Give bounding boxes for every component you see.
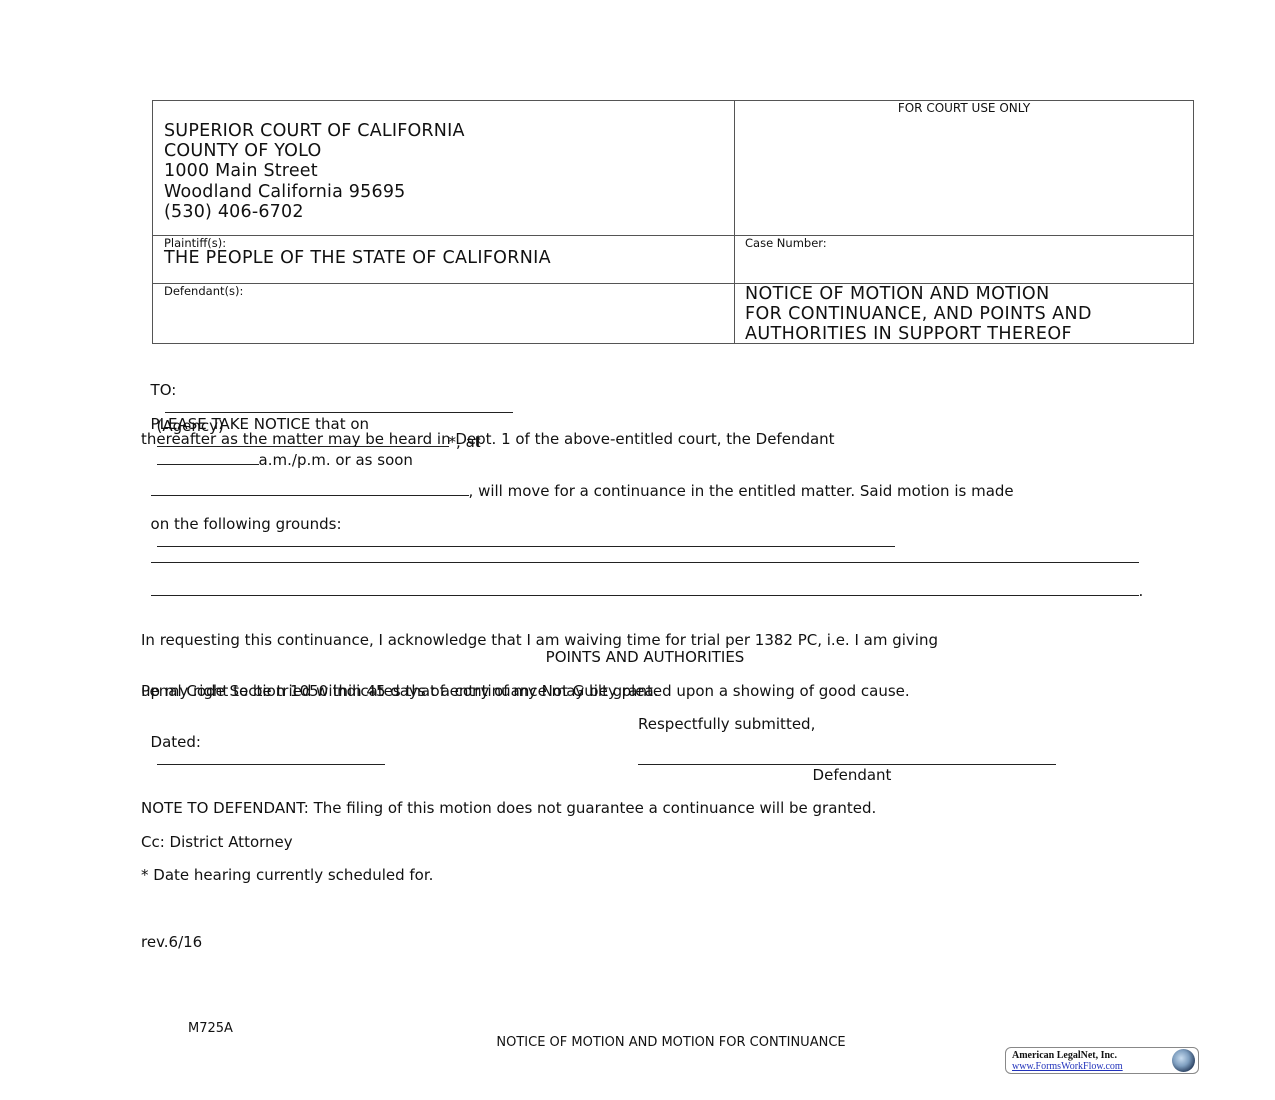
form-code: M725A: [188, 1021, 233, 1036]
form-title-line-3: AUTHORITIES IN SUPPORT THEREOF: [745, 324, 1092, 344]
grounds-field-3[interactable]: [151, 583, 1139, 596]
form-title-line-1: NOTICE OF MOTION AND MOTION: [745, 284, 1092, 304]
court-city: Woodland California 95695: [164, 182, 465, 202]
note-to-defendant: NOTE TO DEFENDANT: The filing of this mo…: [141, 799, 876, 817]
logo-url-link[interactable]: www.FormsWorkFlow.com: [1012, 1061, 1123, 1072]
form-title-line-2: FOR CONTINUANCE, AND POINTS AND: [745, 304, 1092, 324]
points-heading: POINTS AND AUTHORITIES: [0, 648, 1275, 666]
court-county: COUNTY OF YOLO: [164, 141, 465, 161]
signature-field[interactable]: [638, 752, 1056, 765]
thereafter-line: thereafter as the matter may be heard in…: [141, 430, 835, 448]
court-phone: (530) 406-6702: [164, 202, 465, 222]
globe-icon: [1172, 1049, 1195, 1072]
logo-company-name: American LegalNet, Inc.: [1012, 1050, 1117, 1061]
footnote: * Date hearing currently scheduled for.: [141, 866, 433, 884]
caption-divider-1: [153, 235, 1193, 236]
respectfully-submitted: Respectfully submitted,: [638, 715, 815, 733]
court-street: 1000 Main Street: [164, 161, 465, 181]
defendant-label: Defendant(s):: [164, 284, 243, 298]
court-use-only-label: FOR COURT USE ONLY: [734, 101, 1194, 115]
american-legalnet-logo[interactable]: American LegalNet, Inc. www.FormsWorkFlo…: [1005, 1047, 1199, 1074]
caption-box: SUPERIOR COURT OF CALIFORNIA COUNTY OF Y…: [152, 100, 1194, 344]
case-number-field[interactable]: [745, 251, 1185, 277]
court-name: SUPERIOR COURT OF CALIFORNIA: [164, 121, 465, 141]
grounds-field-2[interactable]: [151, 550, 1139, 563]
will-move-line: , will move for a continuance in the ent…: [141, 464, 1014, 500]
waiver-line-1: In requesting this continuance, I acknow…: [141, 632, 938, 649]
form-title: NOTICE OF MOTION AND MOTION FOR CONTINUA…: [745, 284, 1092, 344]
dated-label: Dated:: [151, 733, 201, 751]
defendant-field[interactable]: [164, 301, 724, 337]
defendant-name-field[interactable]: [151, 483, 469, 496]
penal-code-text: Penal Code Section 1050 indicates that a…: [141, 682, 910, 700]
cc-line: Cc: District Attorney: [141, 833, 293, 851]
plaintiff-value: THE PEOPLE OF THE STATE OF CALIFORNIA: [164, 248, 551, 268]
grounds-line-3: .: [141, 564, 1143, 600]
caption-divider-vertical: [734, 101, 735, 343]
signature-label: Defendant: [638, 766, 1066, 784]
revision-label: rev.6/16: [141, 933, 202, 951]
grounds-end: .: [1139, 582, 1144, 600]
dated-field[interactable]: [157, 752, 385, 765]
case-number-label: Case Number:: [745, 236, 827, 250]
dated-line: Dated:: [141, 715, 385, 769]
court-address: SUPERIOR COURT OF CALIFORNIA COUNTY OF Y…: [164, 121, 465, 222]
grounds-line-2: [141, 531, 1139, 567]
